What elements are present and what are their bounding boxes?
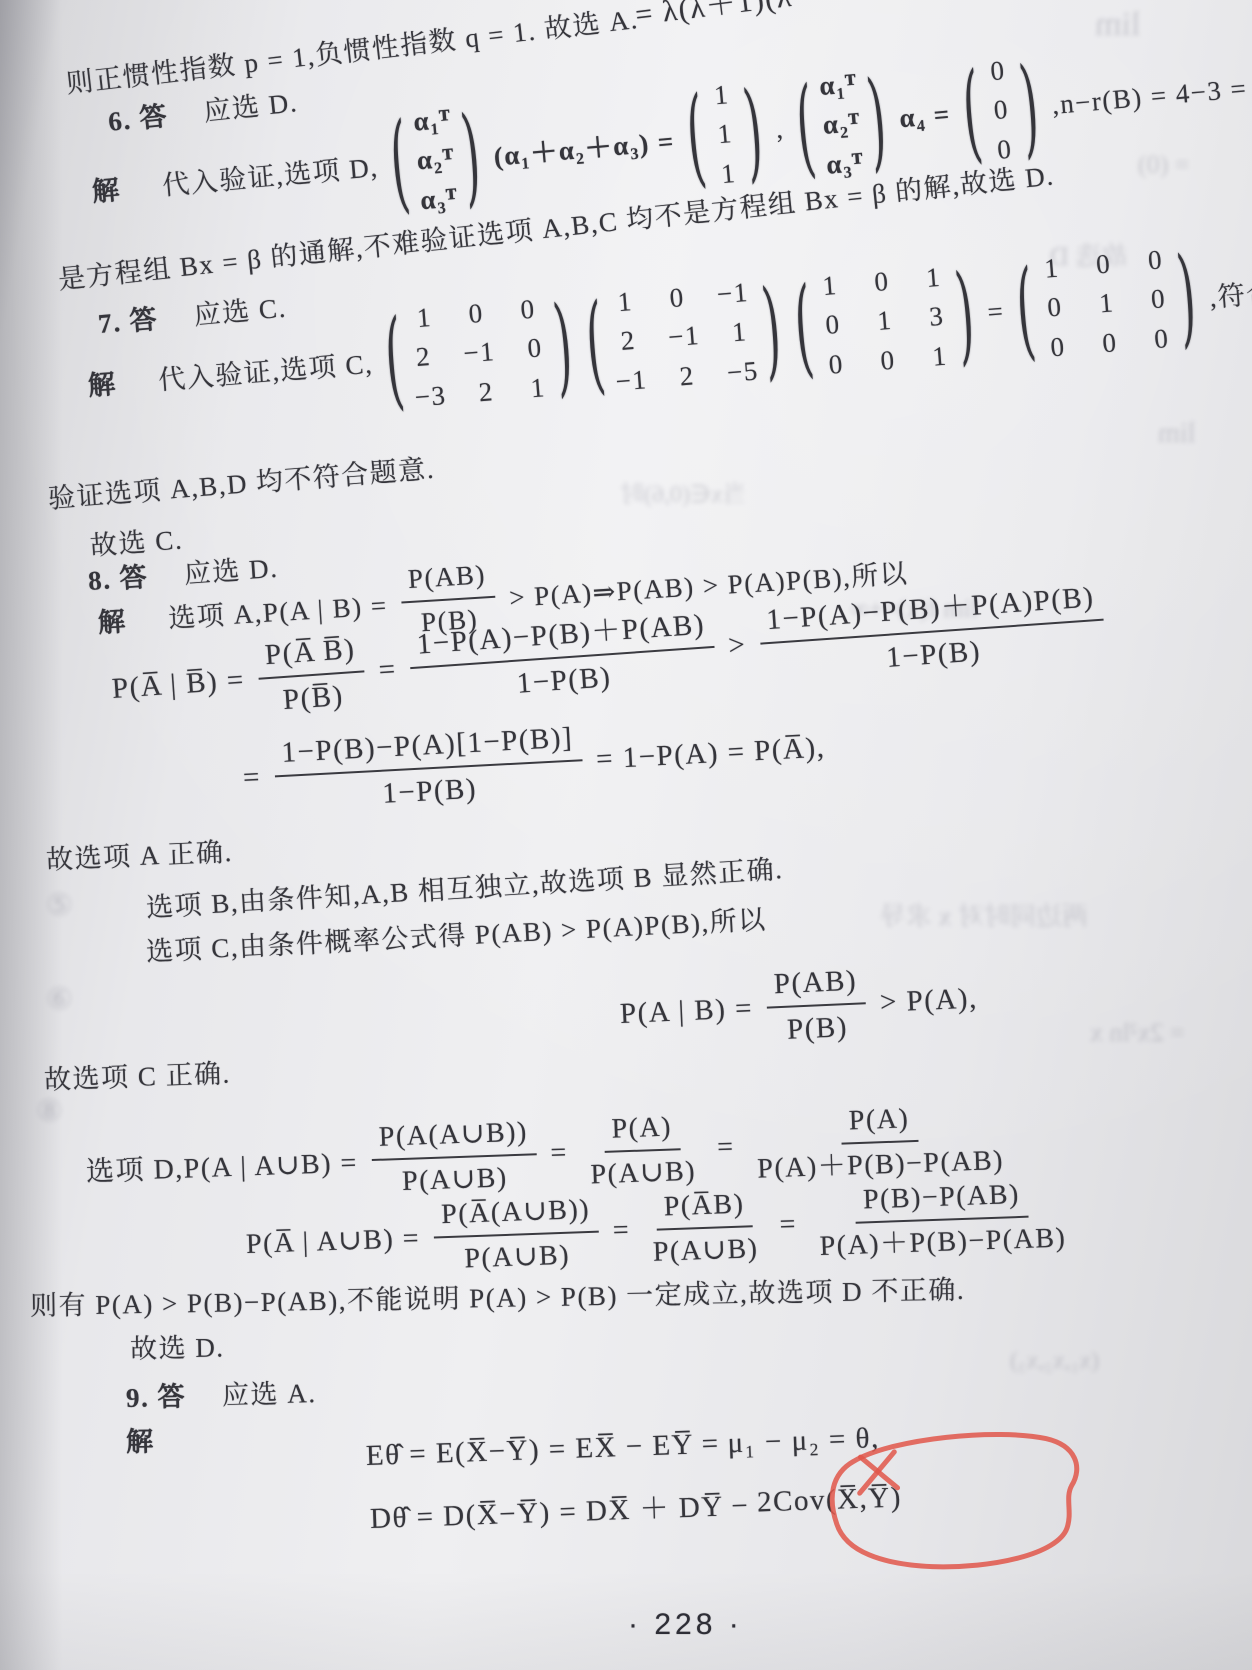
q6-sum-expression: (α₁＋α₂＋α₃) = xyxy=(492,119,676,174)
q7-equals: = xyxy=(986,296,1005,328)
q9-answer-line: 9. 答应选 A. xyxy=(125,1371,316,1415)
q9-d-circled-part: 2Cov(X̅,Y̅) xyxy=(757,1481,903,1519)
textbook-page-photo: lim = (0) 故选 D lim 当x∈(0,6)时 lim f(x)=+∞… xyxy=(0,0,1252,1670)
bleed-through-text: lim xyxy=(1095,6,1140,44)
page-number: · 228 · xyxy=(628,1608,743,1642)
q9-answer-number: 9. 答 xyxy=(126,1381,187,1413)
equals-sign: = xyxy=(779,1209,797,1242)
q6-intro: 代入验证,选项 D, xyxy=(161,145,380,203)
q9-d-formula: Dθ̂ = D(X̅−Y̅) = DX̅ ＋ DY̅ − xyxy=(369,1483,750,1537)
fraction-numerator: P(A̅(A∪B)) xyxy=(433,1192,599,1239)
q8-option-a-correct: 故选项 A 正确. xyxy=(45,830,233,877)
fraction-numerator: P(A) xyxy=(603,1109,681,1153)
fraction-numerator: P(A) xyxy=(840,1101,918,1145)
fraction-denominator: 1−P(B) xyxy=(507,655,620,703)
ones-vector: (111) xyxy=(682,75,769,193)
q8-a3-post: = 1−P(A) = P(A̅), xyxy=(595,731,826,776)
q7-matrix-1: (1002−10−321) xyxy=(380,290,578,416)
fraction-numerator: P(AB) xyxy=(765,962,866,1009)
q9-expectation-line: Eθ̂ = E(X̅−Y̅) = EX̅ − EY̅ = μ₁ − μ₂ = θ… xyxy=(365,1422,880,1473)
fraction-numerator: P(AB) xyxy=(399,558,495,603)
q7-jie-label: 解 xyxy=(86,362,117,403)
q8-option-c-formula: P(A | B) = P(AB)P(B) > P(A), xyxy=(618,957,979,1055)
equals-sign: = xyxy=(550,1137,568,1170)
q9-variance-line: Dθ̂ = D(X̅−Y̅) = DX̅ ＋ DY̅ − 2Cov(X̅,Y̅) xyxy=(369,1477,902,1537)
fraction-denominator: P(A∪B) xyxy=(456,1233,579,1276)
q7-matrix-2: (10−12−11−12−5) xyxy=(581,274,786,400)
fraction-denominator: P(B) xyxy=(778,1005,856,1049)
q8-c2-post: > P(A), xyxy=(879,982,978,1019)
equals-sign: = xyxy=(717,1131,735,1164)
q5-conclusion-line: 则正惯性指数 p = 1,负惯性指数 q = 1. 故选 A. xyxy=(64,0,640,101)
bleed-through-text: (x₁,x₂,x₃) xyxy=(1010,1348,1099,1375)
q9-e-formula: Eθ̂ = E(X̅−Y̅) = EX̅ − EY̅ = xyxy=(365,1428,720,1473)
zeros-vector: (000) xyxy=(958,51,1045,169)
bleed-through-text: = (0) xyxy=(1138,150,1189,180)
fraction: P(A̅ B̅)P(B̅) xyxy=(256,630,368,720)
q7-verify-line: 验证选项 A,B,D 均不符合题意. xyxy=(46,447,436,516)
fraction: P(B)−P(AB)P(A)＋P(B)−P(AB) xyxy=(809,1175,1074,1264)
bleed-through-mark: ⑤ xyxy=(46,888,73,923)
bleed-through-text: 当x∈(0,6)时 xyxy=(620,474,747,509)
q8-a2-pre: P(A̅ | B̅) = xyxy=(111,664,246,706)
fraction: P(A)P(A)＋P(B)−P(AB) xyxy=(747,1098,1012,1187)
equals-sign: = xyxy=(612,1215,630,1248)
fraction: P(A̅(A∪B))P(A∪B) xyxy=(433,1192,601,1278)
q8-option-c-correct: 故选项 C 正确. xyxy=(43,1051,231,1096)
equals-sign: = xyxy=(242,761,262,795)
greater-than-sign: > xyxy=(727,628,747,662)
q6-comma: , xyxy=(775,114,786,146)
fraction: P(A(A∪B))P(A∪B) xyxy=(370,1114,538,1200)
fraction-denominator: P(A∪B) xyxy=(644,1227,767,1270)
fraction-denominator: P(A)＋P(B)−P(AB) xyxy=(811,1216,1075,1264)
q8-option-d-conclusion-line: 则有 P(A) > P(B)−P(AB),不能说明 P(A) > P(B) 一定… xyxy=(30,1268,966,1323)
q8-d1-pre: 选项 D,P(A | A∪B) = xyxy=(85,1141,358,1190)
q9-jie-label: 解 xyxy=(126,1420,155,1459)
fraction-denominator: P(A∪B) xyxy=(582,1149,705,1192)
q6-jie-label: 解 xyxy=(90,168,122,209)
q7-result-matrix: (100010000) xyxy=(1012,241,1202,366)
fraction-denominator: P(A∪B) xyxy=(393,1156,516,1199)
bleed-through-text: = 2x²ln x xyxy=(1090,1018,1185,1048)
q8-conclusion: 故选 D. xyxy=(130,1325,225,1366)
alpha-transpose-matrix: (α₁ᵀα₂ᵀα₃ᵀ) xyxy=(791,65,892,184)
q7-tail: ,符合 xyxy=(1208,271,1252,315)
q9-answer-text: 应选 A. xyxy=(222,1378,317,1410)
q6-alpha4-expression: α₄ = xyxy=(898,99,952,134)
fraction-numerator: P(B)−P(AB) xyxy=(854,1177,1028,1224)
fraction-numerator: P(A̅ B̅) xyxy=(256,630,365,680)
q9-e-circled-part: μ₁ − μ₂ = θ, xyxy=(727,1422,880,1460)
top-partial-formula: = λ(λ＋1)(λ xyxy=(632,0,794,34)
q6-rank-expression: ,n−r(B) = 4−3 = 1 xyxy=(1051,71,1252,121)
q7-matrix-3: (101013001) xyxy=(790,258,980,383)
q8-d2-pre: P(A̅ | A∪B) = xyxy=(245,1221,420,1261)
fraction: 1−P(B)−P(A)[1−P(B)]1−P(B) xyxy=(273,719,585,817)
bleed-through-mark: ⑧ xyxy=(36,1094,63,1129)
fraction-denominator: 1−P(B) xyxy=(373,767,486,813)
q8-jie-label: 解 xyxy=(97,600,128,641)
fraction: P(A̅B)P(A∪B) xyxy=(643,1186,767,1270)
fraction-numerator: P(A̅B) xyxy=(655,1186,753,1230)
bleed-through-mark: ⑥ xyxy=(46,982,73,1017)
q8-c2-pre: P(A | B) = xyxy=(619,992,753,1031)
q7-intro: 代入验证,选项 C, xyxy=(157,342,375,398)
bleed-through-text: lim xyxy=(1158,418,1195,450)
fraction: P(A)P(A∪B) xyxy=(580,1108,704,1192)
q8-a-pre: 选项 A,P(A | B) = xyxy=(167,584,388,636)
equals-sign: = xyxy=(378,653,398,687)
fraction-denominator: 1−P(B) xyxy=(877,629,990,677)
fraction-numerator: P(A(A∪B)) xyxy=(370,1114,536,1161)
fraction-denominator: P(B̅) xyxy=(274,674,353,720)
fraction: P(AB)P(B) xyxy=(765,962,868,1049)
q8-option-a-derivation-2: = 1−P(B)−P(A)[1−P(B)]1−P(B) = 1−P(A) = P… xyxy=(241,707,828,820)
alpha-transpose-matrix: (α₁ᵀα₂ᵀα₃ᵀ) xyxy=(385,100,486,219)
bleed-through-text: 两边同时对 x 求导 xyxy=(880,896,1088,933)
